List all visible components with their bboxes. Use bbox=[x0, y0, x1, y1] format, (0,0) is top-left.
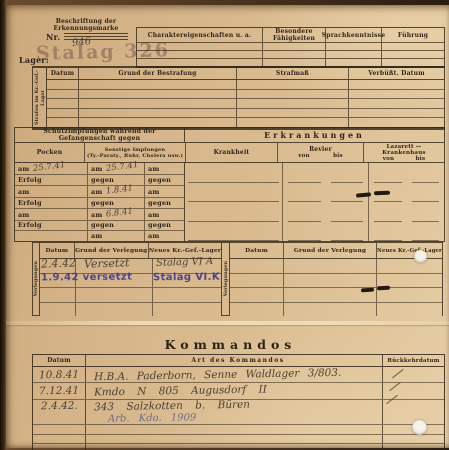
col-fuehrung: Führung bbox=[381, 28, 444, 42]
empty-row bbox=[47, 109, 444, 119]
vaccination-date: 25.7.41 bbox=[105, 160, 138, 174]
transfer-row bbox=[230, 259, 442, 274]
vaccination-row: am am6.8.41 am bbox=[15, 209, 184, 221]
vaccination-date: 25.7.41 bbox=[32, 160, 65, 174]
transfers-header-row: Datum Grund der Verlegung Neues Kr.-Gef.… bbox=[230, 243, 442, 259]
card-paper: Beschriftung der Erkennungsmarke Nr. 946… bbox=[6, 5, 449, 448]
lager-label: Lager: bbox=[19, 55, 49, 65]
col-pocken: Pocken bbox=[15, 143, 84, 162]
kommando-description-pencil: Arb. Kdo. 1909 bbox=[108, 412, 196, 425]
col-rueckkehrdatum: Rückkehrdatum bbox=[382, 355, 444, 366]
am-label: am bbox=[91, 211, 103, 219]
am-label: am bbox=[91, 232, 103, 240]
col-sonstige-impfungen: Sonstige Impfungen (Ty.-Paraty., Ruhr, C… bbox=[84, 143, 185, 162]
gegen-label: gegen bbox=[91, 199, 114, 207]
characteristics-header-row: Charaktereigenschaften u. a. Besondere F… bbox=[137, 28, 444, 43]
transfer-date: 2.4.42 bbox=[41, 256, 76, 270]
sonstige-line2: (Ty.-Paraty., Ruhr, Cholera usw.) bbox=[87, 153, 183, 159]
gegen-label: gegen bbox=[148, 199, 171, 207]
work-details-table: Datum Art des Kommandos Rückkehrdatum 10… bbox=[32, 354, 445, 450]
kommando-description: H.B.A. Paderborn, Senne Waldlager 3/803. bbox=[94, 366, 341, 382]
kommando-row: 2.4.42. 343 Salzkotten b. Büren bbox=[33, 400, 444, 412]
verlegungen-side-text: Verlegungen bbox=[223, 261, 229, 296]
empty-row bbox=[33, 444, 444, 450]
transfer-row bbox=[40, 303, 221, 317]
von-label: von bbox=[298, 153, 309, 159]
von-label: von bbox=[383, 156, 394, 162]
stamp-new-camp: Stalag VI.K bbox=[153, 272, 220, 284]
col-strafmass: Strafmaß bbox=[236, 68, 348, 79]
handwritten-transfer-entry: 2.4.42 Versetzt Stalag VI A bbox=[40, 257, 221, 271]
illness-row bbox=[185, 202, 444, 222]
illness-row bbox=[185, 163, 444, 183]
kommando-date: 10.8.41 bbox=[39, 368, 79, 381]
empty-row bbox=[47, 118, 444, 127]
strafen-side-line2: im Kr.-Gef.-Lager bbox=[34, 70, 46, 106]
revier-label: Revier bbox=[309, 146, 332, 153]
bis-label: bis bbox=[416, 156, 426, 162]
vaccination-date: 1.8.41 bbox=[105, 183, 133, 196]
col-krankheit: Krankheit bbox=[185, 143, 277, 162]
am-label: am bbox=[91, 165, 103, 173]
gegen-label: gegen bbox=[148, 221, 171, 229]
section-titles: Schutzimpfungen während der Gefangenscha… bbox=[15, 128, 444, 143]
transfer-stamp-entry: 1.9.42 versetzt Stalag VI.K bbox=[40, 272, 221, 285]
vaccination-rows: am25.7.41 am25.7.41 am Erfolg gegen gege… bbox=[15, 163, 185, 241]
bis-label: bis bbox=[333, 153, 343, 159]
gegen-label: gegen bbox=[91, 176, 114, 184]
impfungen-title: Schutzimpfungen während der Gefangenscha… bbox=[15, 128, 184, 142]
empty-row bbox=[47, 99, 444, 109]
gegen-label: gegen bbox=[148, 176, 171, 184]
col-grund-verlegung: Grund der Verlegung bbox=[74, 243, 148, 258]
verlegungen-side-label-right: Verlegungen bbox=[221, 242, 230, 316]
strafen-header-row: Datum Grund der Bestrafung Strafmaß Verb… bbox=[47, 68, 444, 80]
am-label: am bbox=[148, 211, 160, 219]
kommandos-title: Kommandos bbox=[6, 337, 449, 352]
erfolg-label: Erfolg bbox=[18, 199, 42, 207]
gegen-label: gegen bbox=[91, 221, 114, 229]
empty-row bbox=[47, 80, 444, 90]
nr-label: Nr. bbox=[46, 32, 60, 42]
am-label: am bbox=[148, 232, 160, 240]
col-verbuesst-datum: Verbüßt. Datum bbox=[348, 68, 444, 79]
vaccination-row: am25.7.41 am25.7.41 am bbox=[15, 163, 184, 175]
am-label: am bbox=[18, 188, 30, 196]
kommando-row-pencil: Arb. Kdo. 1909 bbox=[33, 412, 444, 425]
am-label: am bbox=[148, 165, 160, 173]
empty-row bbox=[137, 59, 444, 66]
transfer-row bbox=[40, 288, 221, 303]
transfers-section: Verlegungen Datum Grund der Verlegung Ne… bbox=[32, 242, 443, 316]
pow-record-card-scan: Beschriftung der Erkennungsmarke Nr. 946… bbox=[0, 0, 449, 450]
col-datum: Datum bbox=[33, 355, 85, 366]
empty-row bbox=[47, 90, 444, 100]
punch-hole bbox=[412, 420, 427, 435]
col-datum: Datum bbox=[47, 68, 78, 79]
damage-mark bbox=[374, 191, 390, 196]
erfolg-label: Erfolg bbox=[18, 221, 42, 229]
strafen-side-text: Strafen im Kr.-Gef.-Lager bbox=[34, 68, 46, 127]
kommando-row: 10.8.41 H.B.A. Paderborn, Senne Waldlage… bbox=[33, 367, 444, 383]
strafen-side-line1: Strafen bbox=[34, 104, 40, 125]
kommando-date: 7.12.41 bbox=[39, 385, 79, 398]
punch-hole bbox=[414, 250, 427, 263]
stamp-date-reason: 1.9.42 versetzt bbox=[41, 272, 132, 284]
transfer-new-camp: Stalag VI A bbox=[156, 256, 214, 269]
col-charaktereigenschaften: Charaktereigenschaften u. a. bbox=[137, 28, 262, 42]
transfer-row bbox=[230, 288, 442, 303]
erkrankungen-title: Erkrankungen bbox=[184, 128, 444, 142]
transfers-table-left: Datum Grund der Verlegung Neues Kr.-Gef.… bbox=[39, 242, 221, 316]
transfer-row bbox=[230, 274, 442, 289]
vaccination-date: 6.8.41 bbox=[105, 206, 133, 219]
illness-row bbox=[185, 183, 444, 203]
col-art-des-kommandos: Art des Kommandos bbox=[85, 355, 382, 366]
empty-row bbox=[137, 43, 444, 51]
verlegungen-side-label-left: Verlegungen bbox=[32, 242, 39, 316]
col-datum: Datum bbox=[230, 243, 283, 258]
am-label: am bbox=[18, 211, 30, 219]
vaccination-row: Erfolg gegen gegen bbox=[15, 175, 184, 186]
paper-fold-crease bbox=[6, 321, 449, 325]
col-revier: Revier vonbis bbox=[277, 143, 363, 162]
damage-mark bbox=[377, 286, 390, 291]
transfers-table-right: Datum Grund der Verlegung Neues Kr.-Gef.… bbox=[230, 242, 443, 316]
illness-rows bbox=[185, 163, 444, 241]
vaccination-row: am am bbox=[15, 231, 184, 241]
lazarett-label: Lazarett — Krankenhaus bbox=[364, 144, 444, 156]
erfolg-label: Erfolg bbox=[18, 176, 42, 184]
characteristics-table: Charaktereigenschaften u. a. Besondere F… bbox=[136, 27, 445, 68]
kommandos-header-row: Datum Art des Kommandos Rückkehrdatum bbox=[33, 355, 444, 367]
strafen-side-label: Strafen im Kr.-Gef.-Lager bbox=[33, 68, 47, 127]
kommando-row: 7.12.41 Kmdo N 805 Augusdorf II bbox=[33, 383, 444, 400]
am-label: am bbox=[148, 188, 160, 196]
vaccination-row: am am1.8.41 am bbox=[15, 186, 184, 198]
strafen-grid: Datum Grund der Bestrafung Strafmaß Verb… bbox=[47, 68, 444, 127]
empty-row bbox=[33, 425, 444, 435]
col-besondere-faehigkeiten: Besondere Fähigkeiten bbox=[262, 28, 325, 42]
kommando-description: Kmdo N 805 Augusdorf II bbox=[94, 383, 267, 398]
col-neues-lager: Neues Kr.-Gef.-Lager bbox=[376, 243, 442, 258]
vaccination-header-row: Pocken Sonstige Impfungen (Ty.-Paraty., … bbox=[15, 143, 444, 163]
empty-row bbox=[33, 435, 444, 445]
am-label: am bbox=[91, 188, 103, 196]
strike-line bbox=[64, 33, 128, 34]
vaccinations-illness-table: Schutzimpfungen während der Gefangenscha… bbox=[14, 127, 445, 242]
col-sprachkenntnisse: Sprachkenntnisse bbox=[325, 28, 381, 42]
transfer-reason: Versetzt bbox=[84, 256, 130, 271]
transfer-row bbox=[230, 303, 442, 317]
vaccination-body: am25.7.41 am25.7.41 am Erfolg gegen gege… bbox=[15, 163, 444, 241]
kommando-date: 2.4.42. bbox=[41, 400, 78, 413]
empty-row bbox=[137, 51, 444, 59]
col-grund-verlegung: Grund der Verlegung bbox=[283, 243, 376, 258]
col-lazarett-krankenhaus: Lazarett — Krankenhaus vonbis bbox=[363, 143, 444, 162]
illness-row bbox=[185, 222, 444, 242]
col-grund-bestrafung: Grund der Bestrafung bbox=[78, 68, 236, 79]
vaccination-row: Erfolg gegen gegen bbox=[15, 221, 184, 232]
strike-line bbox=[64, 36, 128, 37]
am-label: am bbox=[18, 165, 30, 173]
vaccination-row: Erfolg gegen gegen bbox=[15, 198, 184, 209]
punishments-table: Strafen im Kr.-Gef.-Lager Datum Grund de… bbox=[32, 66, 445, 130]
